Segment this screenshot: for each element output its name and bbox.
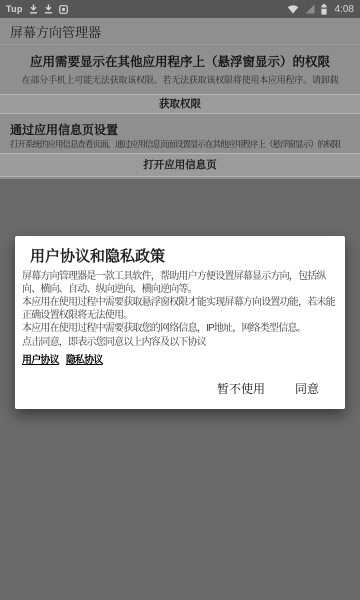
notification-app-icon [59, 5, 68, 14]
app-title: 屏幕方向管理器 [10, 22, 101, 41]
app-info-heading: 通过应用信息页设置 [10, 123, 350, 137]
user-agreement-link[interactable]: 用户协议 [22, 355, 59, 366]
wifi-icon [287, 4, 299, 14]
status-bar: Tup 4:08 [0, 0, 360, 18]
dialog-links: 用户协议隐私协议 [22, 351, 338, 366]
download-icon [44, 4, 53, 14]
dialog-paragraph: 点击同意，即表示您同意以上内容及以下协议 [22, 337, 338, 350]
open-app-info-button[interactable]: 打开应用信息页 [0, 153, 360, 177]
battery-icon [321, 4, 327, 15]
app-info-section: 通过应用信息页设置 打开系统的应用信息查看页面，通过应用信息页面设置显示在其他应… [0, 114, 360, 149]
dialog-paragraph: 本应用在使用过程中需要获取悬浮窗权限才能实现屏幕方向设置功能，若未能正确设置权限… [22, 297, 338, 322]
app-bar: 屏幕方向管理器 [0, 18, 360, 45]
signal-icon [305, 4, 315, 14]
accept-button[interactable]: 同意 [295, 380, 319, 397]
overlay-permission-description: 在部分手机上可能无法获取该权限。若无法获取该权限将使用本应用程序。请卸载 [8, 74, 352, 86]
app-info-description: 打开系统的应用信息查看页面，通过应用信息页面设置显示在其他应用程序上（悬浮窗显示… [10, 139, 350, 149]
dialog-paragraph: 屏幕方向管理器是一款工具软件，帮助用户方便设置屏幕显示方向，包括纵向、横向、自动… [22, 271, 338, 296]
dialog-paragraph: 本应用在使用过程中需要获取您的网络信息，IP地址，网络类型信息。 [22, 323, 338, 336]
get-permission-button[interactable]: 获取权限 [0, 94, 360, 114]
main-content: 应用需要显示在其他应用程序上（悬浮窗显示）的权限 在部分手机上可能无法获取该权限… [0, 45, 360, 179]
privacy-policy-link[interactable]: 隐私协议 [66, 355, 103, 366]
carrier-label: Tup [6, 4, 23, 14]
phone-screen: Tup 4:08 屏幕方向管理器 应用需要显示在其他应用程序上（悬浮窗显示）的权… [0, 0, 360, 600]
download-icon [29, 4, 38, 14]
dialog-title: 用户协议和隐私政策 [30, 245, 330, 266]
clock: 4:08 [335, 4, 354, 15]
decline-button[interactable]: 暂不使用 [217, 380, 265, 397]
overlay-permission-heading: 应用需要显示在其他应用程序上（悬浮窗显示）的权限 [14, 54, 346, 70]
dialog-actions: 暂不使用 同意 [15, 366, 345, 397]
agreement-dialog: 用户协议和隐私政策 屏幕方向管理器是一款工具软件，帮助用户方便设置屏幕显示方向，… [15, 236, 345, 409]
dialog-body: 屏幕方向管理器是一款工具软件，帮助用户方便设置屏幕显示方向，包括纵向、横向、自动… [22, 271, 338, 349]
